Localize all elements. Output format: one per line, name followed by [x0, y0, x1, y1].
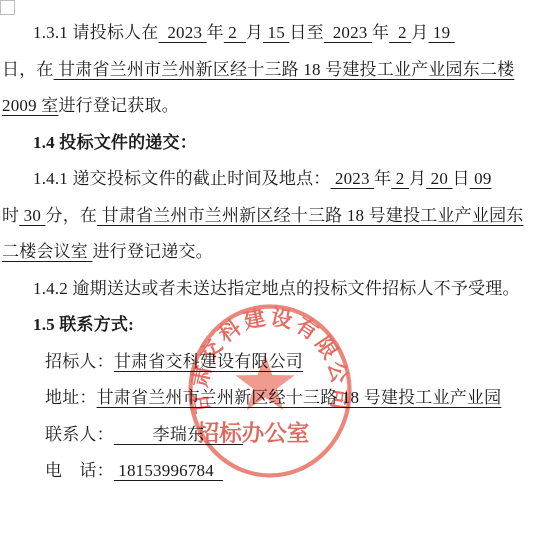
- filled-blank-value: 甘肃省兰州市兰州新区经十三路 18 号建投工业产业园东二楼: [54, 60, 515, 79]
- text-segment: 进行登记递交。: [92, 242, 212, 261]
- text-line: 时 30 分，在 甘肃省兰州市兰州新区经十三路 18 号建投工业产业园东: [2, 205, 523, 227]
- filled-blank-value: 20: [426, 169, 452, 188]
- filled-blank-value: 2: [391, 169, 409, 188]
- filled-blank-value: 2: [224, 23, 246, 42]
- document-page: 1.3.1 请投标人在 2023 年 2 月 15 日至 2023 年 2 月 …: [0, 0, 544, 549]
- text-segment: 分，在: [46, 206, 98, 225]
- text-segment: 月: [411, 23, 428, 42]
- text-segment: 日，在: [2, 60, 54, 79]
- text-line: 二楼会议室 进行登记递交。: [2, 241, 213, 263]
- text-segment: 月: [246, 23, 263, 42]
- text-line: 1.4 投标文件的递交：: [33, 132, 197, 154]
- filled-blank-value: 30: [19, 206, 45, 225]
- filled-blank-value: 15: [263, 23, 289, 42]
- filled-blank-value: 2023: [330, 169, 374, 188]
- filled-blank-value: 2009 室: [2, 96, 58, 115]
- text-segment: 地址：: [45, 388, 97, 407]
- filled-blank-value: 2023: [324, 23, 372, 42]
- text-segment: 时: [2, 206, 19, 225]
- seal-office-text: 招标办公室: [197, 420, 310, 446]
- text-segment: 1.4.2 逾期送达或者未送达指定地点的投标文件招标人不予受理。: [33, 279, 520, 298]
- text-segment: 日: [452, 169, 469, 188]
- text-segment: 年: [374, 169, 391, 188]
- filled-blank-value: 09: [470, 169, 492, 188]
- filled-blank-value: 甘肃省兰州市兰州新区经十三路 18 号建投工业产业园东: [97, 206, 523, 225]
- text-line: 1.4.1 递交投标文件的截止时间及地点： 2023 年 2 月 20 日 09: [33, 168, 492, 190]
- text-segment: 月: [409, 169, 426, 188]
- text-segment: 年: [207, 23, 224, 42]
- text-segment: 日至: [289, 23, 323, 42]
- text-segment: 年: [372, 23, 389, 42]
- text-segment: 1.5 联系方式:: [33, 315, 134, 334]
- filled-blank-value: 2: [389, 23, 411, 42]
- seal-star-icon: [236, 354, 295, 410]
- filled-blank-value: 19: [428, 23, 454, 42]
- filled-blank-value: 二楼会议室: [2, 242, 92, 261]
- text-line: 1.3.1 请投标人在 2023 年 2 月 15 日至 2023 年 2 月 …: [33, 22, 455, 44]
- text-line: 2009 室进行登记获取。: [2, 95, 179, 117]
- text-segment: 1.4 投标文件的递交：: [33, 133, 197, 152]
- company-seal: 甘肃交科建设有限公司 招标办公室: [186, 302, 354, 480]
- text-segment: 1.4.1 递交投标文件的截止时间及地点：: [33, 169, 330, 188]
- text-line: 日，在 甘肃省兰州市兰州新区经十三路 18 号建投工业产业园东二楼: [2, 59, 514, 81]
- text-segment: 招标人：: [45, 352, 114, 371]
- text-segment: 1.3.1 请投标人在: [33, 23, 158, 42]
- text-segment: 联系人：: [45, 425, 114, 444]
- text-segment: 电 话：: [45, 461, 114, 480]
- text-line: 1.4.2 逾期送达或者未送达指定地点的投标文件招标人不予受理。: [33, 278, 520, 300]
- text-segment: 进行登记获取。: [58, 96, 178, 115]
- text-line: 1.5 联系方式:: [33, 314, 134, 336]
- filled-blank-value: 2023: [158, 23, 206, 42]
